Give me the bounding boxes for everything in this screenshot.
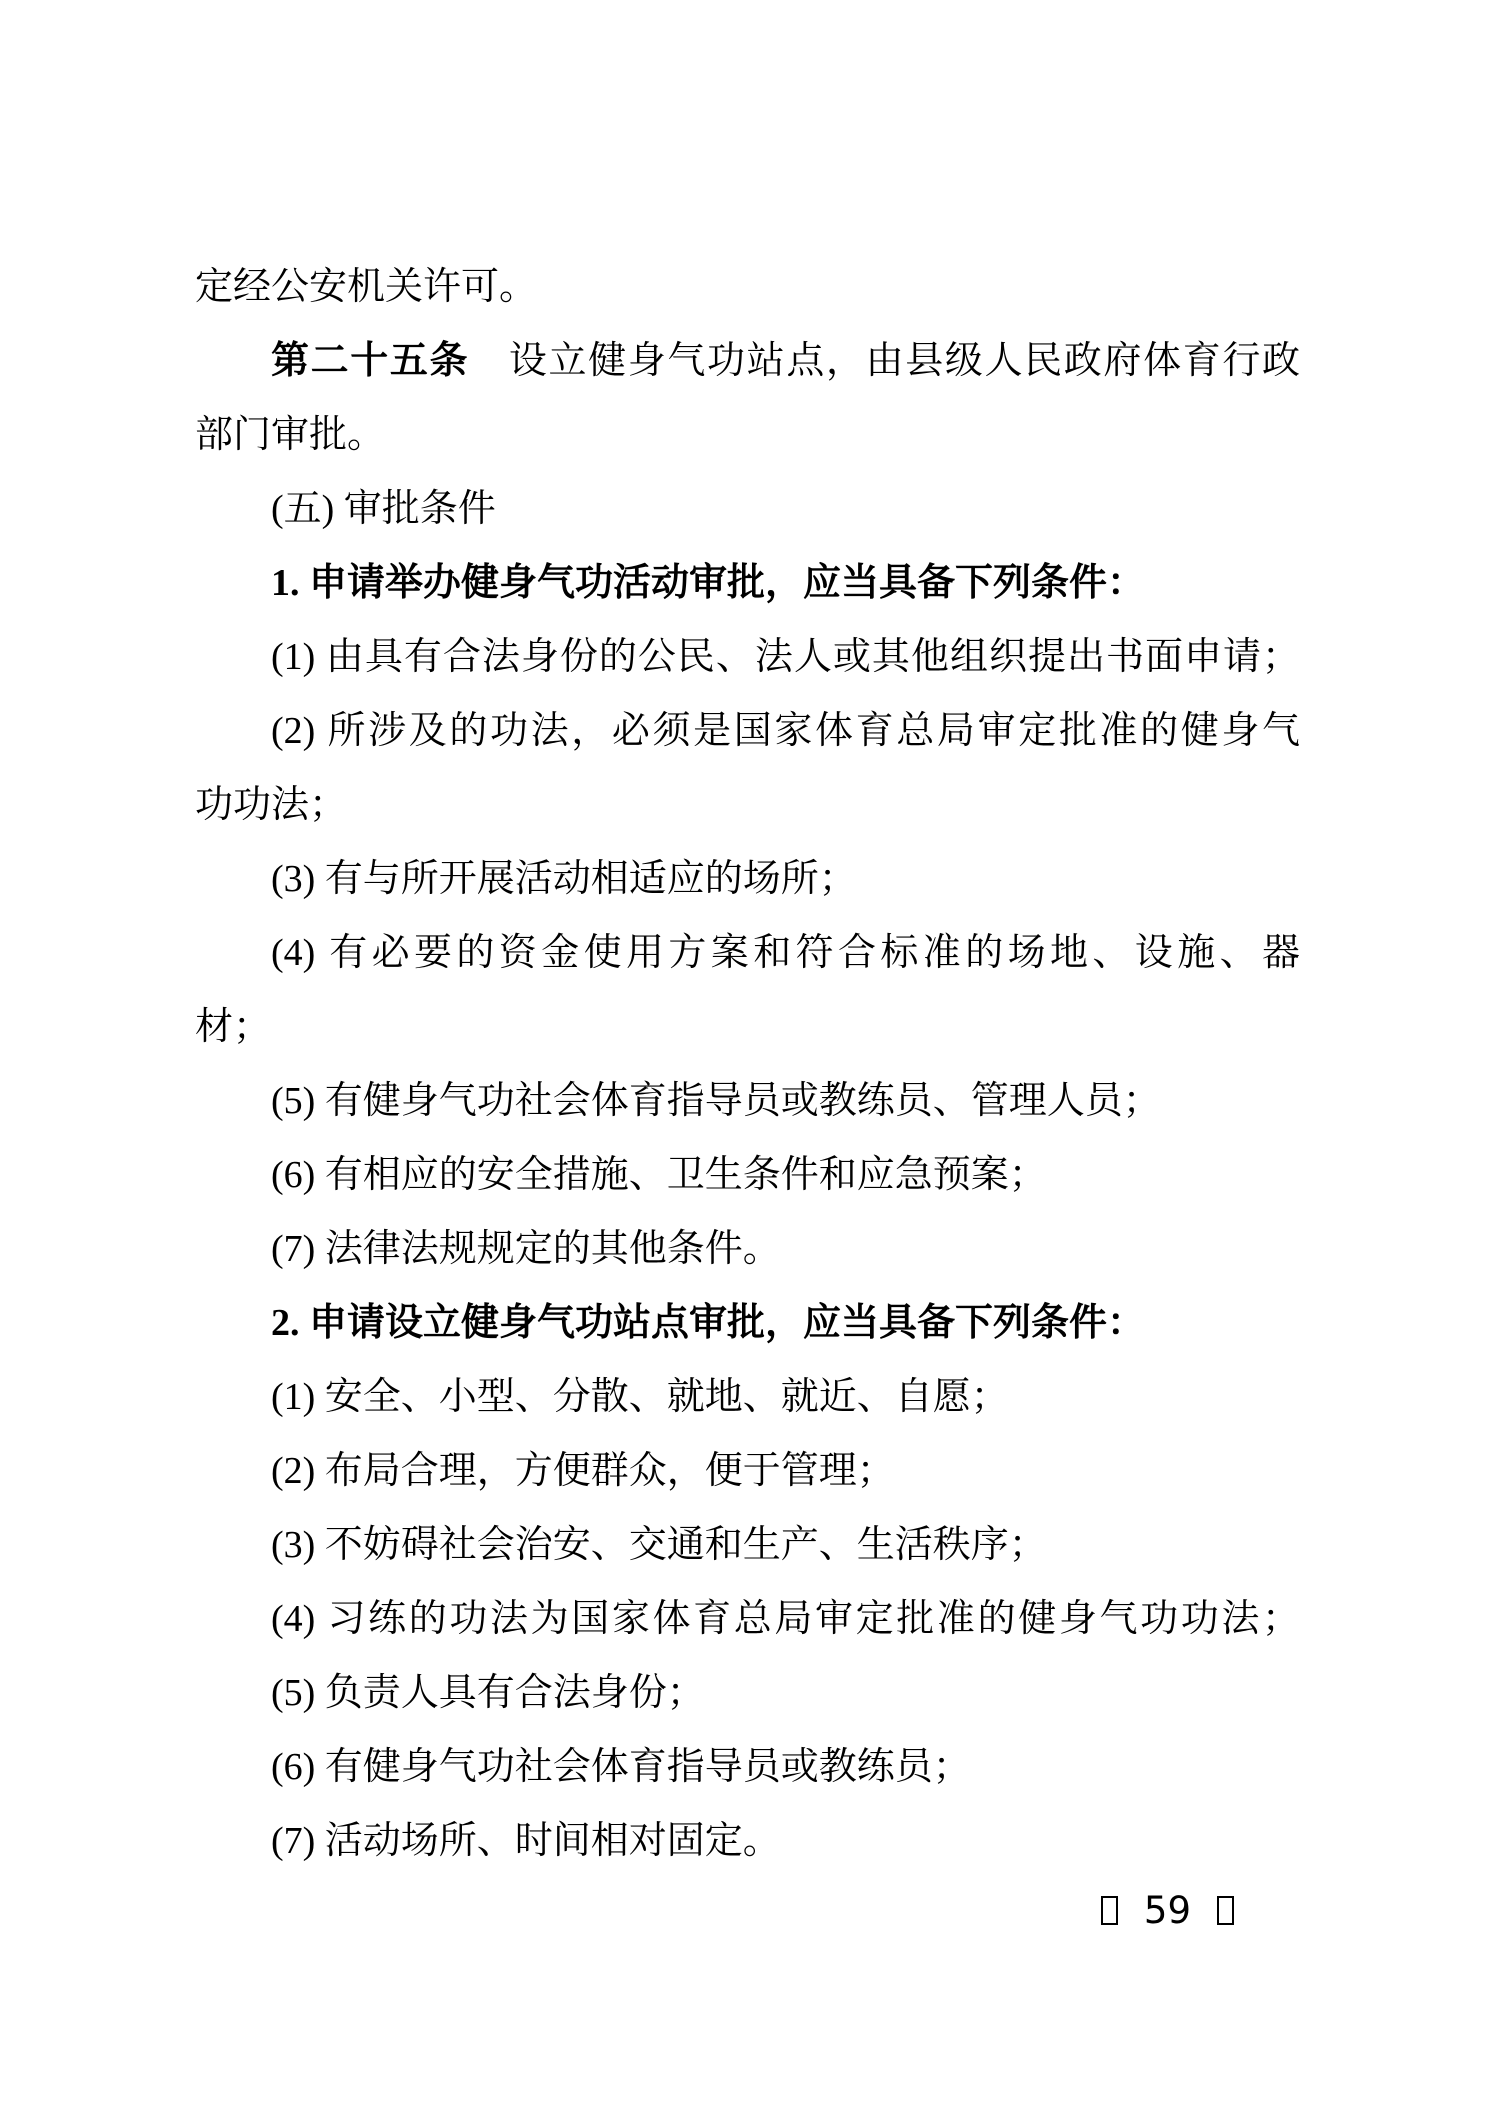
list-item: (4) 习练的功法为国家体育总局审定批准的健身气功功法； [195, 1582, 1300, 1656]
document-page: 定经公安机关许可。第二十五条 设立健身气功站点，由县级人民政府体育行政部门审批。… [0, 0, 1487, 2105]
numbered-heading: 1. 申请举办健身气功活动审批，应当具备下列条件： [195, 546, 1300, 620]
list-item-continuation: 功功法； [195, 768, 1300, 842]
paragraph-text: 定经公安机关许可。 [195, 250, 1300, 324]
list-item: (2) 布局合理，方便群众，便于管理； [195, 1434, 1300, 1508]
page-number: 59 [1144, 1892, 1191, 1929]
missing-glyph-box [1217, 1896, 1234, 1925]
list-item: (6) 有健身气功社会体育指导员或教练员； [195, 1730, 1300, 1804]
list-item: (3) 不妨碍社会治安、交通和生产、生活秩序； [195, 1508, 1300, 1582]
list-item: (1) 安全、小型、分散、就地、就近、自愿； [195, 1360, 1300, 1434]
document-body: 定经公安机关许可。第二十五条 设立健身气功站点，由县级人民政府体育行政部门审批。… [195, 250, 1300, 1878]
missing-glyph-box [1101, 1896, 1118, 1925]
list-item: (3) 有与所开展活动相适应的场所； [195, 842, 1300, 916]
page-footer: 59 [1101, 1892, 1234, 1929]
article-paragraph: 第二十五条 设立健身气功站点，由县级人民政府体育行政 [195, 324, 1300, 398]
list-item: (1) 由具有合法身份的公民、法人或其他组织提出书面申请； [195, 620, 1300, 694]
list-item: (7) 法律法规规定的其他条件。 [195, 1212, 1300, 1286]
list-item: (5) 有健身气功社会体育指导员或教练员、管理人员； [195, 1064, 1300, 1138]
list-item: (7) 活动场所、时间相对固定。 [195, 1804, 1300, 1878]
article-text: 设立健身气功站点，由县级人民政府体育行政 [469, 340, 1300, 382]
list-item: (6) 有相应的安全措施、卫生条件和应急预案； [195, 1138, 1300, 1212]
list-item: (2) 所涉及的功法，必须是国家体育总局审定批准的健身气 [195, 694, 1300, 768]
section-heading: (五) 审批条件 [195, 472, 1300, 546]
article-number: 第二十五条 [271, 340, 469, 382]
paragraph-text: 部门审批。 [195, 398, 1300, 472]
list-item: (4) 有必要的资金使用方案和符合标准的场地、设施、器 [195, 916, 1300, 990]
list-item-continuation: 材； [195, 990, 1300, 1064]
list-item: (5) 负责人具有合法身份； [195, 1656, 1300, 1730]
numbered-heading: 2. 申请设立健身气功站点审批，应当具备下列条件： [195, 1286, 1300, 1360]
